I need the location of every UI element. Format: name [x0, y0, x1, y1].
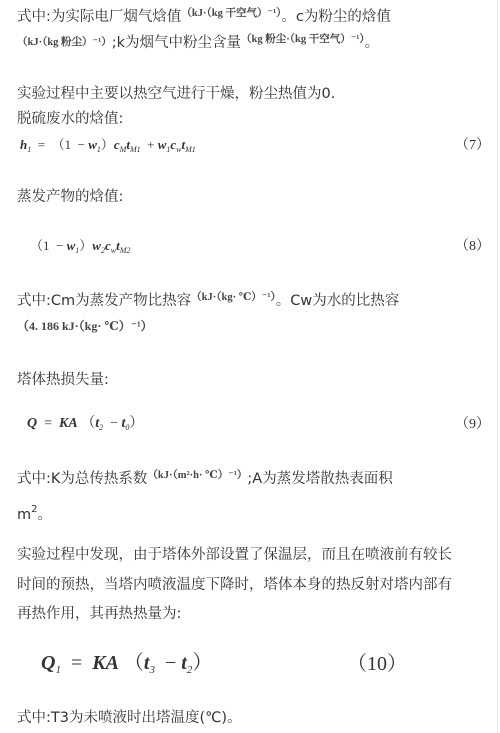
- text: 。: [38, 507, 53, 523]
- unit-text: （kJ·（kg 粉尘）⁻¹）: [17, 37, 112, 48]
- unit-text: （4. 186 kJ·（kg· ℃）⁻¹）: [17, 319, 153, 333]
- paragraph-specific-heat-line1: 式中:Cm为蒸发产物比热容（kJ·（kg· ℃）⁻¹）。Cw为水的比热容: [17, 291, 399, 313]
- equation-10: Q1 = KA （t3 − t2）: [41, 646, 212, 676]
- equation-7: h1 = （1 − w1）cMtM1 + w1cwtM1: [20, 134, 196, 154]
- text: 式中:Cm为蒸发产物比热容: [17, 293, 191, 309]
- heading-wastewater-enthalpy: 脱硫废水的焓值:: [17, 109, 123, 129]
- paragraph-t3-definition: 式中:T3为未喷液时出塔温度(℃)。: [17, 708, 242, 728]
- paragraph-flue-gas-enthalpy-line2: （kJ·（kg 粉尘）⁻¹）;k为烟气中粉尘含量（kg 粉尘·（kg 干空气）⁻…: [17, 33, 379, 55]
- paragraph-specific-heat-line2: （4. 186 kJ·（kg· ℃）⁻¹）: [17, 316, 153, 336]
- paragraph-reheat-line2: 时间的预热，当塔内喷液温度下降时，塔体本身的热反射对塔内部有: [17, 575, 452, 595]
- text: ;A为蒸发塔散热表面积: [247, 471, 392, 487]
- text: ;k为烟气中粉尘含量: [112, 35, 241, 51]
- equation-9-number: （9）: [455, 413, 490, 433]
- unit-text: （kJ·（kg· ℃）⁻¹）: [191, 292, 276, 303]
- text: 。: [365, 35, 380, 51]
- equation-9: Q = KA （t2 − t0）: [27, 412, 143, 432]
- paragraph-heat-transfer-line1: 式中:K为总传热系数（kJ·（m²·h· ℃）⁻¹）;A为蒸发塔散热表面积: [17, 469, 393, 491]
- text: 。c为粉尘的焓值: [281, 9, 390, 25]
- unit-text: （kJ·（m²·h· ℃）⁻¹）: [147, 470, 247, 481]
- paragraph-flue-gas-enthalpy-line1: 式中:为实际电厂烟气焓值（kJ·（kg 干空气）⁻¹）。c为粉尘的焓值: [17, 7, 391, 29]
- equation-7-number: （7）: [455, 134, 490, 154]
- heading-evaporation-product-enthalpy: 蒸发产物的焓值:: [17, 187, 123, 207]
- paragraph-drying-note: 实验过程中主要以热空气进行干燥，粉尘热值为0.: [17, 84, 335, 104]
- text: 式中:为实际电厂烟气焓值: [17, 9, 181, 25]
- heading-tower-heat-loss: 塔体热损失量:: [17, 370, 109, 390]
- paragraph-reheat-line3: 再热作用，其再热热量为:: [17, 604, 181, 624]
- text: 式中:K为总传热系数: [17, 471, 147, 487]
- text: 。Cw为水的比热容: [276, 293, 399, 309]
- text: m: [17, 507, 31, 523]
- unit-text: （kJ·（kg 干空气）⁻¹）: [181, 8, 281, 19]
- unit-text: （kg 粉尘·（kg 干空气）⁻¹）: [241, 34, 365, 45]
- equation-10-number: （10）: [347, 647, 407, 676]
- paragraph-reheat-line1: 实验过程中发现，由于塔体外部设置了保温层，而且在喷液前有较长: [17, 545, 452, 565]
- paragraph-heat-transfer-line2: m2。: [17, 500, 52, 525]
- equation-8-number: （8）: [455, 235, 490, 255]
- equation-8: （1 − w1）w2cwtM2: [30, 235, 130, 255]
- right-edge-divider: [497, 0, 498, 733]
